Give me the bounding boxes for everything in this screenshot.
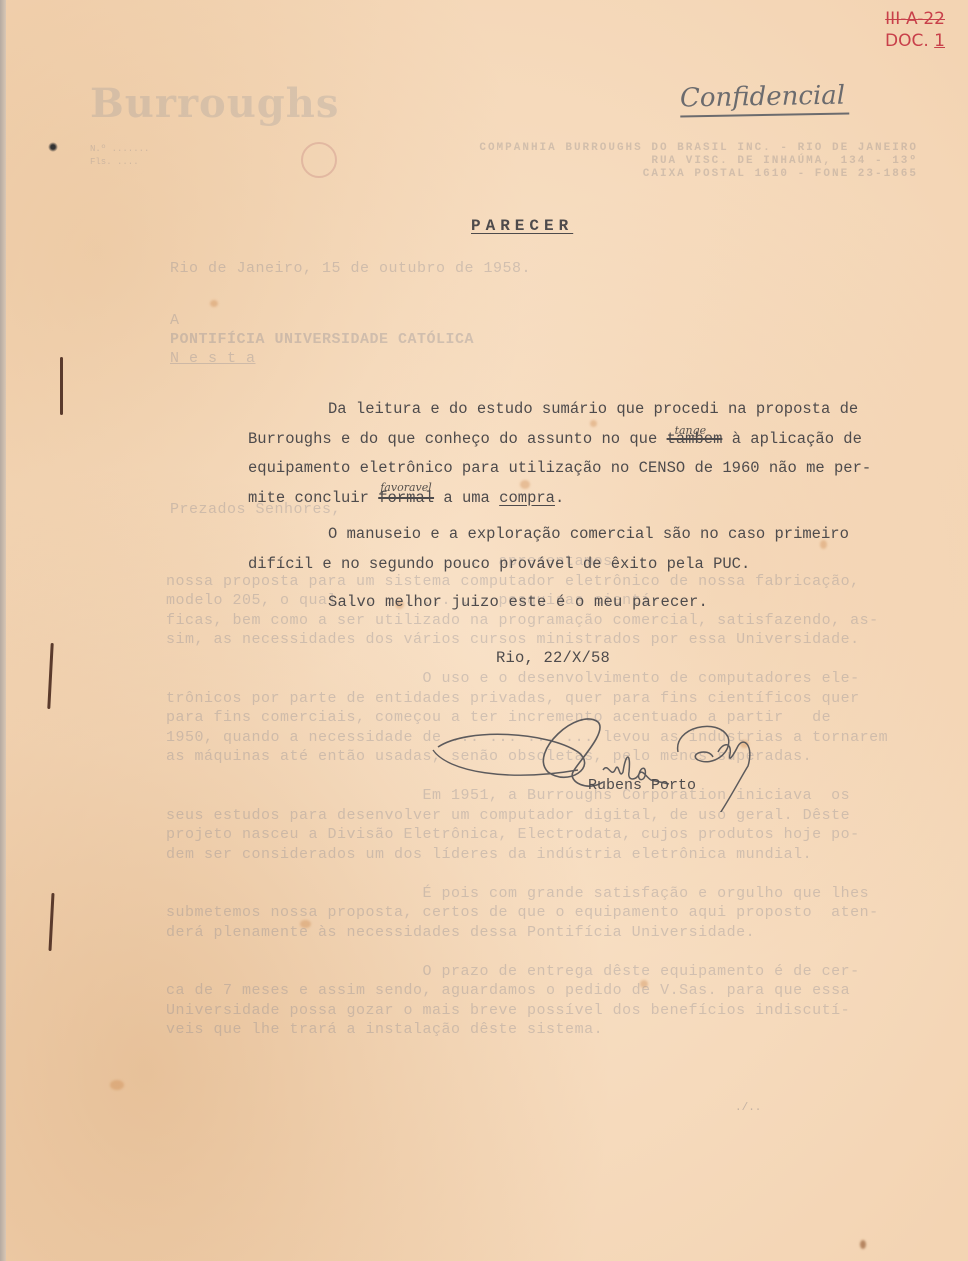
paragraph-2: O manuseio e a exploração comercial são … — [248, 520, 874, 579]
bleed-line: sim, as necessidades dos vários cursos m… — [166, 630, 888, 650]
paragraph-1: Da leitura e do estudo sumário que proce… — [248, 395, 874, 513]
company-logo: Burroughs — [90, 80, 339, 127]
bleed-line: veis que lhe trará a instalação dêste si… — [166, 1020, 888, 1040]
handwritten-insert: tange — [675, 416, 707, 446]
bleed-addressee-city: N e s t a — [170, 349, 256, 369]
p1-line3: equipamento eletrônico para utilização n… — [248, 454, 874, 484]
underlined-word: compra — [499, 489, 555, 507]
bleed-line: ca de 7 meses e assim sendo, aguardamos … — [166, 981, 888, 1001]
foxing-spot — [210, 300, 218, 307]
doc-number: 1 — [934, 31, 945, 51]
letterhead-left-line: N.º ....... — [90, 143, 149, 156]
bleed-line: submetemos nossa proposta, certos de que… — [166, 903, 888, 923]
bleed-addressee-prefix: A — [170, 311, 180, 331]
scanned-document-page: III-A-22 DOC. 1 Confidencial Burroughs N… — [0, 0, 968, 1261]
p1-line1: Da leitura e do estudo sumário que proce… — [248, 395, 874, 425]
foxing-spot — [110, 1080, 124, 1090]
confidential-note: Confidencial — [680, 81, 850, 118]
bleed-line: dem ser considerados um dos líderes da i… — [166, 845, 888, 865]
binding-staple-mark — [48, 893, 54, 951]
page-left-edge — [0, 0, 6, 1261]
document-title: PARECER — [471, 217, 573, 235]
ink-blot — [48, 142, 58, 152]
p2-line2: difícil e no segundo pouco provável de ê… — [248, 550, 874, 580]
signer-name: Rubens Porto — [588, 777, 696, 794]
bleed-line: derá plenamente às necessidades dessa Po… — [166, 923, 888, 943]
doc-label: DOC. — [885, 31, 929, 51]
bleed-line: É pois com grande satisfação e orgulho q… — [166, 884, 888, 904]
letterhead-address: COMPANHIA BURROUGHS DO BRASIL INC. - RIO… — [378, 142, 918, 181]
p1-text: Burroughs e do que conheço do assunto no… — [248, 430, 667, 448]
bleed-line — [166, 942, 888, 962]
bleed-addressee: PONTIFÍCIA UNIVERSIDADE CATÓLICA — [170, 330, 474, 350]
bleed-line: O uso e o desenvolvimento de computadore… — [166, 669, 888, 689]
bleed-line — [166, 864, 888, 884]
archive-reference: III-A-22 DOC. 1 — [845, 8, 945, 52]
p1-text: à aplicação de — [722, 430, 862, 448]
bleed-line: Universidade possa gozar o mais breve po… — [166, 1001, 888, 1021]
letterhead-left: N.º ....... Fls. .... — [90, 143, 149, 169]
paragraph-3: Salvo melhor juizo este é o meu parecer. — [328, 593, 708, 611]
bleed-line: projeto nasceu a Divisão Eletrônica, Ele… — [166, 825, 888, 845]
reference-code: III-A-22 — [845, 8, 945, 30]
letterhead-left-line: Fls. .... — [90, 156, 149, 169]
bleed-date-line: Rio de Janeiro, 15 de outubro de 1958. — [170, 259, 531, 279]
continuation-mark: ./.. — [735, 1102, 761, 1114]
handwritten-insert: favoravel — [380, 473, 432, 503]
p1-text: . — [555, 489, 564, 507]
binding-staple-mark — [47, 643, 53, 709]
place-date: Rio, 22/X/58 — [496, 649, 610, 667]
company-seal-icon — [301, 142, 337, 178]
bleed-line: O prazo de entrega dêste equipamento é d… — [166, 962, 888, 982]
p1-line4: mite concluir formalfavoravel a uma comp… — [248, 484, 874, 514]
bleed-line: ficas, bem como a ser utilizado na progr… — [166, 611, 888, 631]
letterhead-line: CAIXA POSTAL 1610 - FONE 23-1865 — [378, 168, 918, 181]
p1-line2: Burroughs e do que conheço do assunto no… — [248, 425, 874, 455]
foxing-spot — [860, 1240, 866, 1249]
letterhead-line: RUA VISC. DE INHAÚMA, 134 - 13º — [378, 155, 918, 168]
binding-staple-mark — [60, 357, 63, 415]
p1-text: mite concluir — [248, 489, 378, 507]
p2-line1: O manuseio e a exploração comercial são … — [248, 520, 874, 550]
handwritten-signature — [428, 712, 768, 812]
bleed-line: trônicos por parte de entidades privadas… — [166, 689, 888, 709]
letterhead-line: COMPANHIA BURROUGHS DO BRASIL INC. - RIO… — [378, 142, 918, 155]
p1-text: a uma — [434, 489, 499, 507]
